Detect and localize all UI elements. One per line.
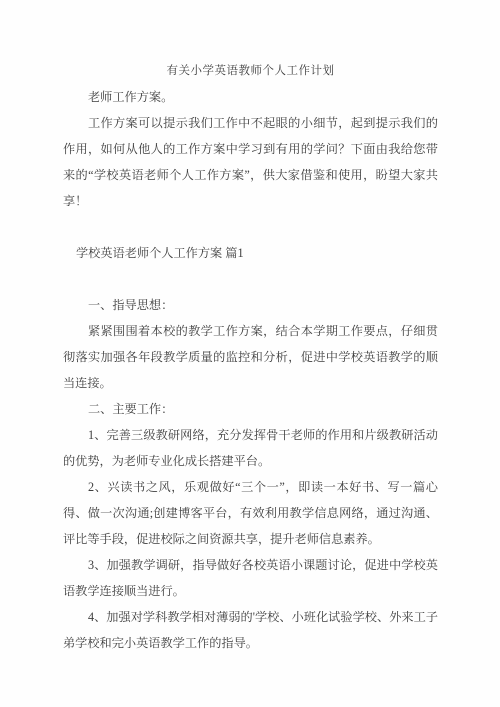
document-paragraph: 4、加强对学科教学相对薄弱的'学校、小班化试验学校、外来工子弟学校和完小英语教学… [63, 604, 438, 656]
document-paragraph: 老师工作方案。 [63, 84, 438, 110]
document-title: 有关小学英语教师个人工作计划 [63, 58, 438, 84]
document-paragraph: 1、完善三级教研网络，充分发挥骨干老师的作用和片级教研活动的优势，为老师专业化成… [63, 422, 438, 474]
document-body: 老师工作方案。工作方案可以提示我们工作中不起眼的小细节，起到提示我们的作用，如何… [63, 84, 438, 656]
document-paragraph: 3、加强教学调研，指导做好各校英语小课题讨论，促进中学校英语教学连接顺当进行。 [63, 552, 438, 604]
document-paragraph: 一、指导思想： [63, 292, 438, 318]
document-paragraph: 二、主要工作： [63, 396, 438, 422]
document-paragraph: 工作方案可以提示我们工作中不起眼的小细节，起到提示我们的作用，如何从他人的工作方… [63, 110, 438, 214]
document-paragraph: 2、兴读书之风，乐观做好“三个一”，即读一本好书、写一篇心得、做一次沟通;创建博… [63, 474, 438, 552]
document-page: 有关小学英语教师个人工作计划 老师工作方案。工作方案可以提示我们工作中不起眼的小… [0, 0, 500, 707]
section-heading: 学校英语老师个人工作方案 篇1 [63, 240, 438, 266]
document-paragraph: 紧紧围围着本校的教学工作方案，结合本学期工作要点，仔细贯彻落实加强各年段教学质量… [63, 318, 438, 396]
